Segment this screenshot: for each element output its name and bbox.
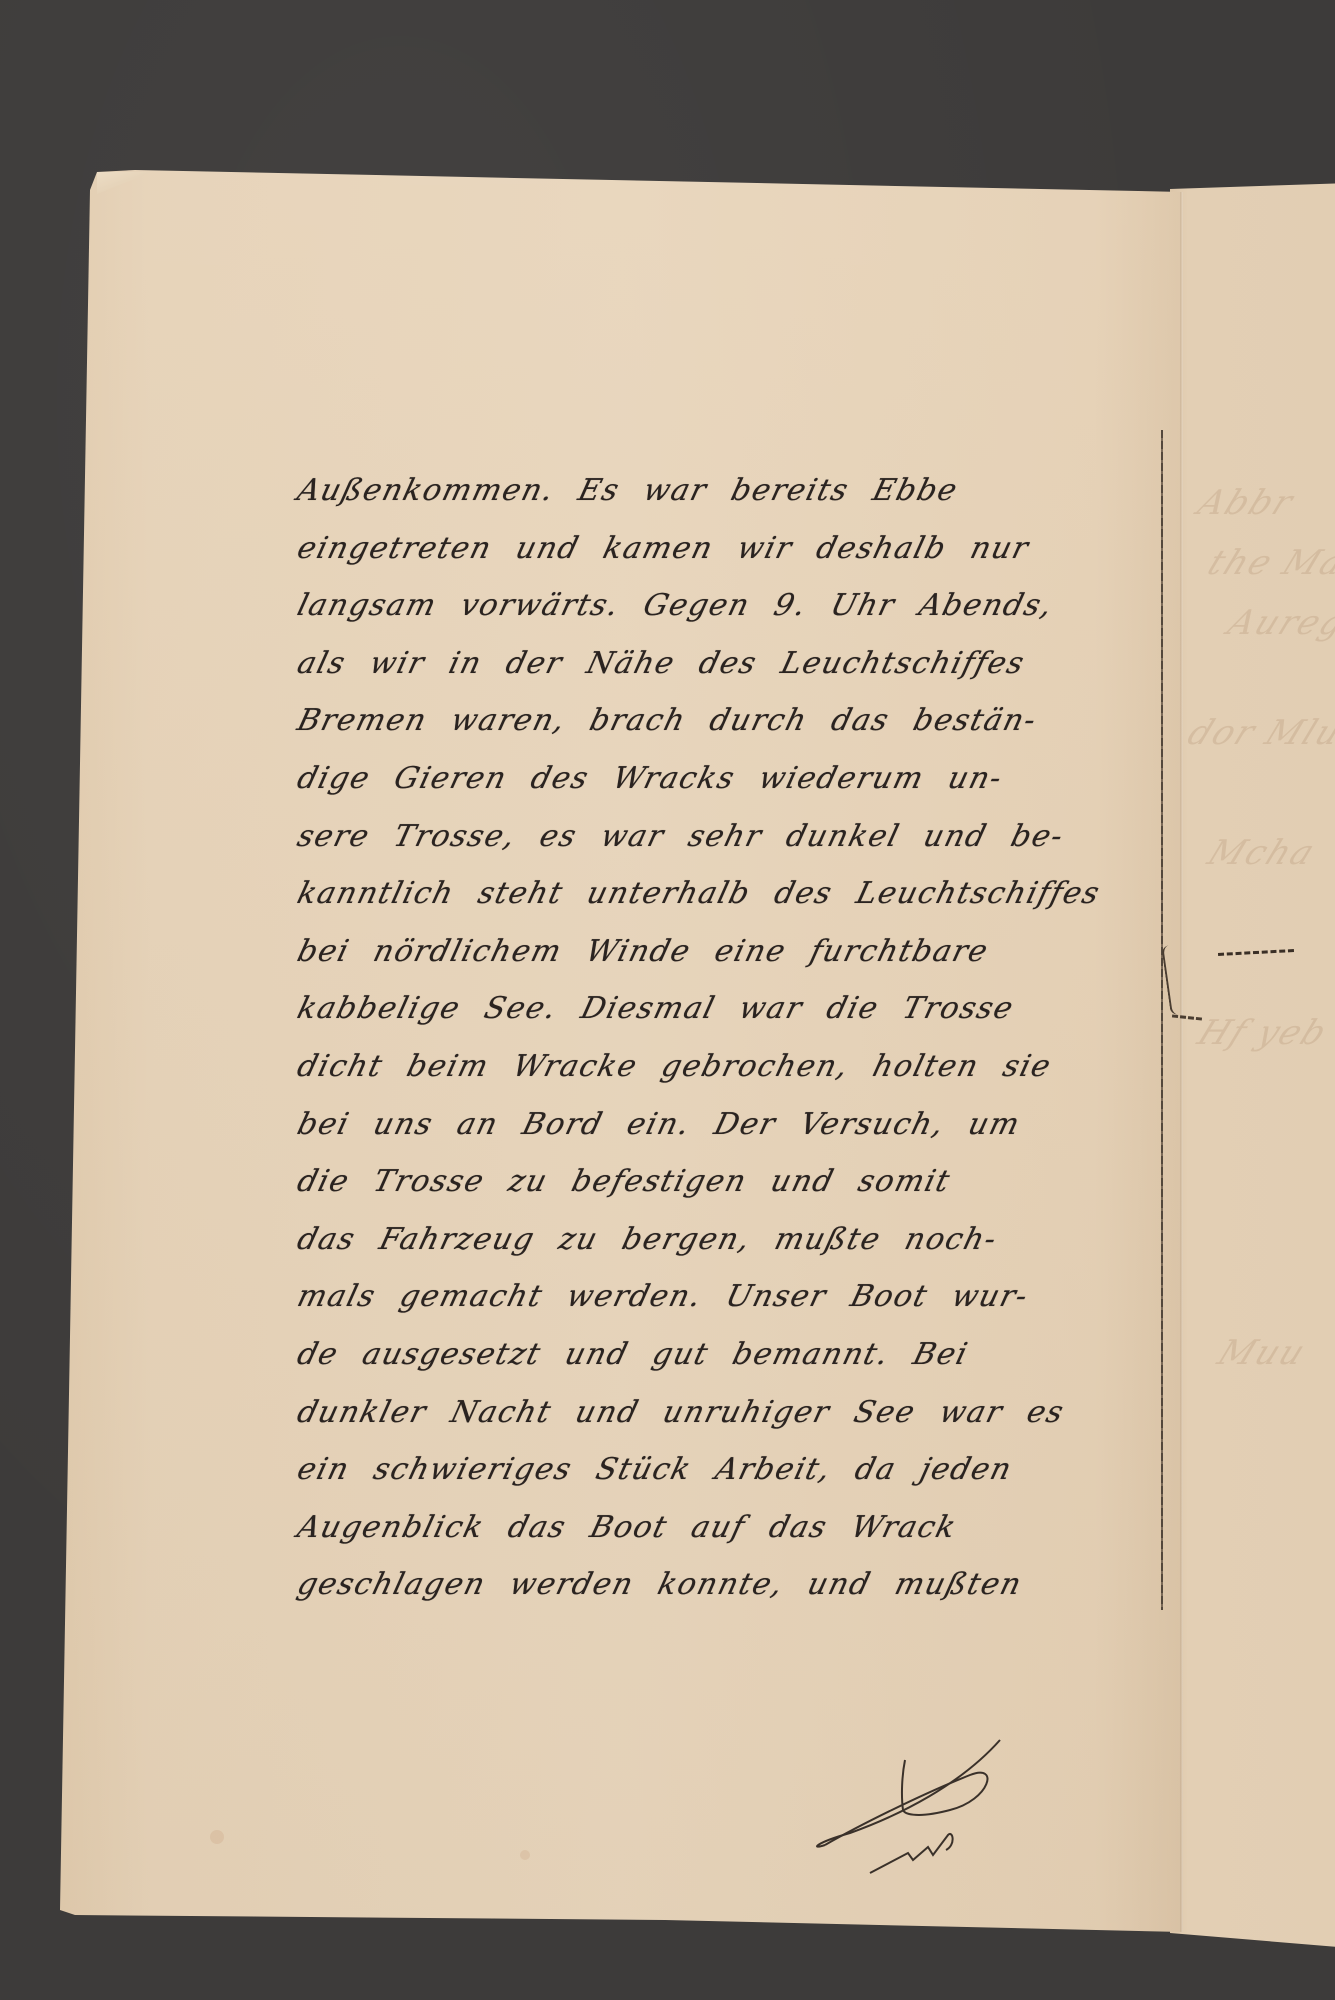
paper-stain [210,1830,224,1844]
page-fold [1180,192,1183,1932]
text-line: geschlagen werden konnte, und mußten [291,1556,1185,1614]
text-line: als wir in der Nähe des Leuchtschiffes [291,635,1185,693]
bleed-through-text: Abbr [1192,483,1301,523]
text-line: dunkler Nacht und unruhiger See war es [291,1384,1185,1442]
text-line: kabbelige See. Diesmal war die Trosse [291,980,1185,1038]
bleed-through-text: the Mars [1202,543,1335,583]
text-line: dige Gieren des Wracks wiederum un- [291,750,1185,808]
catchword-flourish-icon [790,1715,1010,1885]
text-line: Außenkommen. Es war bereits Ebbe [291,462,1185,520]
text-line: de ausgesetzt und gut bemannt. Bei [291,1326,1185,1384]
adjacent-sheet: Abbr the Mars Aureg dor Mlus Mcha Hf yeb… [1170,183,1335,1948]
text-line: eingetreten und kamen wir deshalb nur [291,520,1185,578]
text-line: bei nördlichem Winde eine furchtbare [291,923,1185,981]
paper-stain [520,1850,530,1860]
bleed-through-text: Muu [1212,1333,1313,1373]
text-line: ein schwieriges Stück Arbeit, da jeden [291,1441,1185,1499]
text-line: das Fahrzeug zu bergen, mußte noch- [291,1211,1185,1269]
text-line: die Trosse zu befestigen und somit [291,1153,1185,1211]
text-line: mals gemacht werden. Unser Boot wur- [291,1268,1185,1326]
text-line: dicht beim Wracke gebrochen, holten sie [291,1038,1185,1096]
handwritten-text: Außenkommen. Es war bereits Ebbe eingetr… [298,462,1178,1614]
text-line: langsam vorwärts. Gegen 9. Uhr Abends, [291,577,1185,635]
text-line: bei uns an Bord ein. Der Versuch, um [291,1096,1185,1154]
bleed-through-text: dor Mlus [1182,713,1335,753]
bleed-through-text: Hf yeb [1192,1013,1334,1053]
text-line: Augenblick das Boot auf das Wrack [291,1499,1185,1557]
bleed-through-text: Aureg [1222,603,1335,643]
text-line: sere Trosse, es war sehr dunkel und be- [291,808,1185,866]
text-line: kanntlich steht unterhalb des Leuchtschi… [291,865,1185,923]
text-line: Bremen waren, brach durch das bestän- [291,692,1185,750]
bleed-through-text: Mcha [1202,833,1322,873]
